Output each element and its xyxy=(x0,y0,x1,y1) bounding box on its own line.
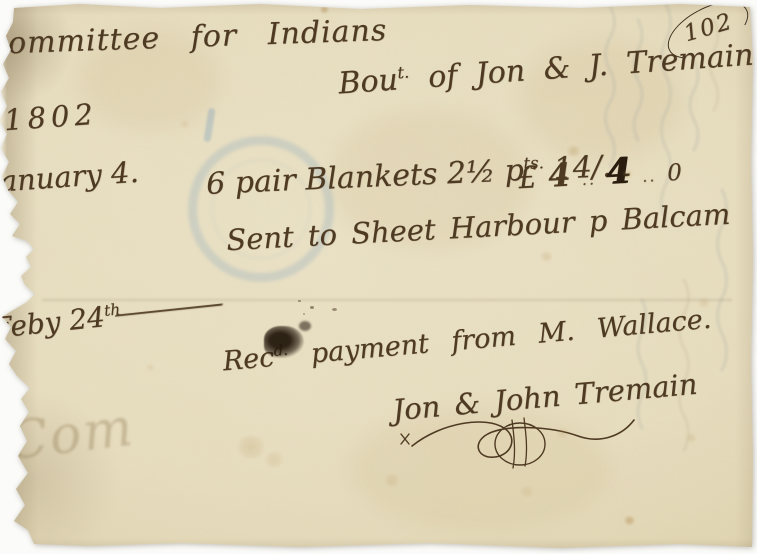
settlement-date-text: Feby 24 xyxy=(0,300,106,345)
foxing-spot xyxy=(686,434,697,442)
foxing-spot xyxy=(384,474,400,487)
amount-pounds: 4 xyxy=(547,156,571,195)
archive-stamp-icon xyxy=(188,136,334,282)
trailing-dash: — xyxy=(108,285,228,330)
amount-separator: .. xyxy=(581,169,596,189)
ink-speck xyxy=(310,306,314,309)
foxing-spot xyxy=(566,146,581,156)
paper-sheet: 102 Committee for Indians Bout. of Jon &… xyxy=(0,0,757,554)
verso-bleedthrough-text: Com xyxy=(5,398,138,473)
document-scan: 102 Committee for Indians Bout. of Jon &… xyxy=(0,0,757,554)
ink-speck xyxy=(303,313,305,315)
foxing-spot xyxy=(520,486,534,497)
entry-amount: £ 4 .. 4 .. 0 xyxy=(517,148,683,198)
ink-speck xyxy=(298,300,301,302)
foxing-spot xyxy=(236,436,266,458)
committee-heading: Committee for Indians xyxy=(0,13,388,62)
amount-pence: 0 xyxy=(667,160,683,187)
year: 1802 xyxy=(3,97,99,137)
blue-ink-mark xyxy=(203,108,215,143)
bought-abbrev: Bou xyxy=(337,62,399,101)
foxing-spot xyxy=(540,252,553,261)
foxing-spot xyxy=(556,428,569,438)
bought-superscript: t. xyxy=(397,63,410,83)
receipt-paper: 102 Committee for Indians Bout. of Jon &… xyxy=(0,0,757,554)
currency-pound-sign: £ xyxy=(517,160,538,196)
foxing-spot xyxy=(624,516,635,525)
foxing-spot xyxy=(320,6,329,13)
ink-blot-speck xyxy=(299,321,311,331)
amount-separator: .. xyxy=(642,166,657,186)
foxing-spot xyxy=(264,452,284,467)
foxing-spot xyxy=(146,364,155,371)
signature-flourish-icon xyxy=(398,408,638,478)
foxing-spot xyxy=(698,298,710,307)
ink-speck xyxy=(332,308,337,311)
foxing-spot xyxy=(180,120,190,128)
foxing-spot xyxy=(622,170,633,178)
entry-date: January 4. xyxy=(0,155,140,199)
received-text: payment from M. Wallace. xyxy=(310,304,713,370)
